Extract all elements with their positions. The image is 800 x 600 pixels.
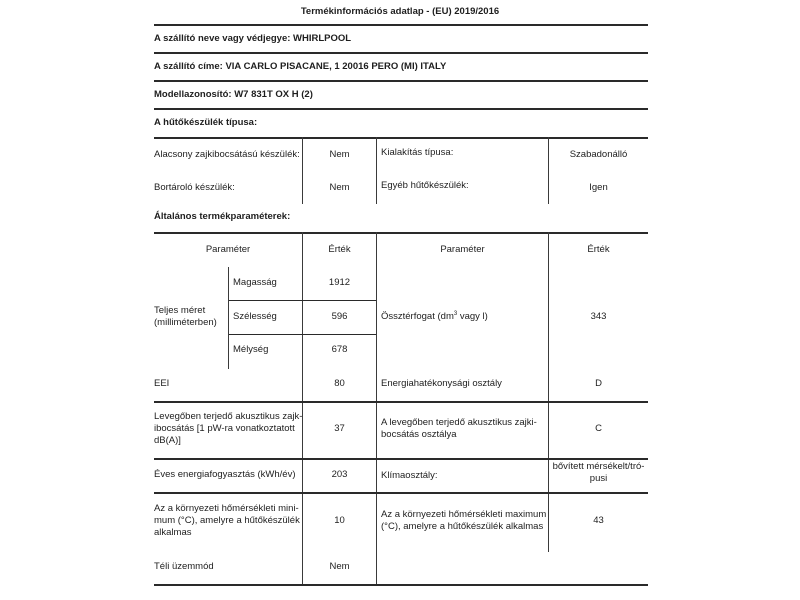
noise-label-line2: ibocsátás [1 pW-ra vonatkoztatott bbox=[154, 423, 295, 435]
annual-energy-value: 203 bbox=[303, 469, 376, 481]
column-divider bbox=[376, 232, 377, 584]
appliance-type-heading: A hűtőkészülék típusa: bbox=[154, 117, 257, 129]
design-type-value: Szabadonálló bbox=[549, 149, 648, 161]
header-value-left: Érték bbox=[303, 244, 376, 256]
divider bbox=[154, 24, 648, 26]
divider bbox=[154, 492, 648, 494]
supplier-address: A szállító címe: VIA CARLO PISACANE, 1 2… bbox=[154, 61, 446, 73]
min-temp-label-line3: alkalmas bbox=[154, 527, 192, 539]
total-volume-label-suffix: vagy l) bbox=[457, 311, 488, 322]
winter-mode-label: Téli üzemmód bbox=[154, 561, 214, 573]
supplier-name: A szállító neve vagy védjegye: WHIRLPOOL bbox=[154, 33, 351, 45]
climate-class-value-line2: pusi bbox=[549, 473, 648, 485]
dimensions-label-line1: Teljes méret bbox=[154, 305, 205, 317]
document-title: Termékinformációs adatlap - (EU) 2019/20… bbox=[0, 6, 800, 17]
noise-class-label-line2: bocsátás osztálya bbox=[381, 429, 457, 441]
width-label: Szélesség bbox=[233, 311, 277, 323]
max-temp-label-line2: (°C), amelyre a hűtőkészülék alkalmas bbox=[381, 521, 543, 533]
wine-storage-value: Nem bbox=[303, 182, 376, 194]
eei-value: 80 bbox=[303, 378, 376, 390]
column-divider bbox=[548, 232, 549, 552]
noise-value: 37 bbox=[303, 423, 376, 435]
divider bbox=[154, 137, 648, 139]
divider bbox=[229, 334, 376, 335]
max-temp-value: 43 bbox=[549, 515, 648, 527]
eei-label: EEI bbox=[154, 378, 169, 390]
low-noise-label: Alacsony zajkibocsátású készülék: bbox=[154, 149, 300, 161]
noise-class-label-line1: A levegőben terjedő akusztikus zajki- bbox=[381, 417, 537, 429]
noise-label-line3: dB(A)] bbox=[154, 435, 181, 447]
min-temp-value: 10 bbox=[303, 515, 376, 527]
design-type-label: Kialakítás típusa: bbox=[381, 147, 453, 159]
divider bbox=[154, 80, 648, 82]
min-temp-label-line1: Az a környezeti hőmérsékleti mini- bbox=[154, 503, 299, 515]
model-identifier: Modellazonosító: W7 831T OX H (2) bbox=[154, 89, 313, 101]
dimension-sub-divider bbox=[228, 267, 229, 369]
min-temp-label-line2: mum (°C), amelyre a hűtőkészülék bbox=[154, 515, 300, 527]
depth-value: 678 bbox=[303, 344, 376, 356]
total-volume-label-prefix: Össztérfogat (dm bbox=[381, 311, 454, 322]
wine-storage-label: Bortároló készülék: bbox=[154, 182, 235, 194]
other-appliance-label: Egyéb hűtőkészülék: bbox=[381, 180, 469, 192]
climate-class-value-line1: bővített mérsékelt/tró- bbox=[549, 461, 648, 473]
max-temp-label-line1: Az a környezeti hőmérsékleti maximum bbox=[381, 509, 546, 521]
dimensions-label-line2: (milliméterben) bbox=[154, 317, 217, 329]
divider bbox=[154, 458, 648, 460]
low-noise-value: Nem bbox=[303, 149, 376, 161]
energy-class-label: Energiahatékonysági osztály bbox=[381, 378, 502, 390]
divider bbox=[154, 401, 648, 403]
winter-mode-value: Nem bbox=[303, 561, 376, 573]
total-volume-value: 343 bbox=[549, 311, 648, 323]
column-divider bbox=[376, 137, 377, 204]
divider bbox=[229, 300, 376, 301]
divider bbox=[154, 52, 648, 54]
annual-energy-label: Éves energiafogyasztás (kWh/év) bbox=[154, 469, 296, 481]
depth-label: Mélység bbox=[233, 344, 268, 356]
header-param-right: Paraméter bbox=[377, 244, 548, 256]
total-volume-label: Össztérfogat (dm3 vagy l) bbox=[381, 311, 488, 323]
height-value: 1912 bbox=[303, 277, 376, 289]
noise-label-line1: Levegőben terjedő akusztikus zajk- bbox=[154, 411, 302, 423]
width-value: 596 bbox=[303, 311, 376, 323]
climate-class-label: Klímaosztály: bbox=[381, 470, 438, 482]
divider bbox=[154, 232, 648, 234]
general-params-heading: Általános termékparaméterek: bbox=[154, 211, 290, 223]
other-appliance-value: Igen bbox=[549, 182, 648, 194]
header-value-right: Érték bbox=[549, 244, 648, 256]
noise-class-value: C bbox=[549, 423, 648, 435]
divider bbox=[154, 108, 648, 110]
energy-class-value: D bbox=[549, 378, 648, 390]
divider bbox=[154, 584, 648, 586]
header-param-left: Paraméter bbox=[154, 244, 302, 256]
height-label: Magasság bbox=[233, 277, 277, 289]
